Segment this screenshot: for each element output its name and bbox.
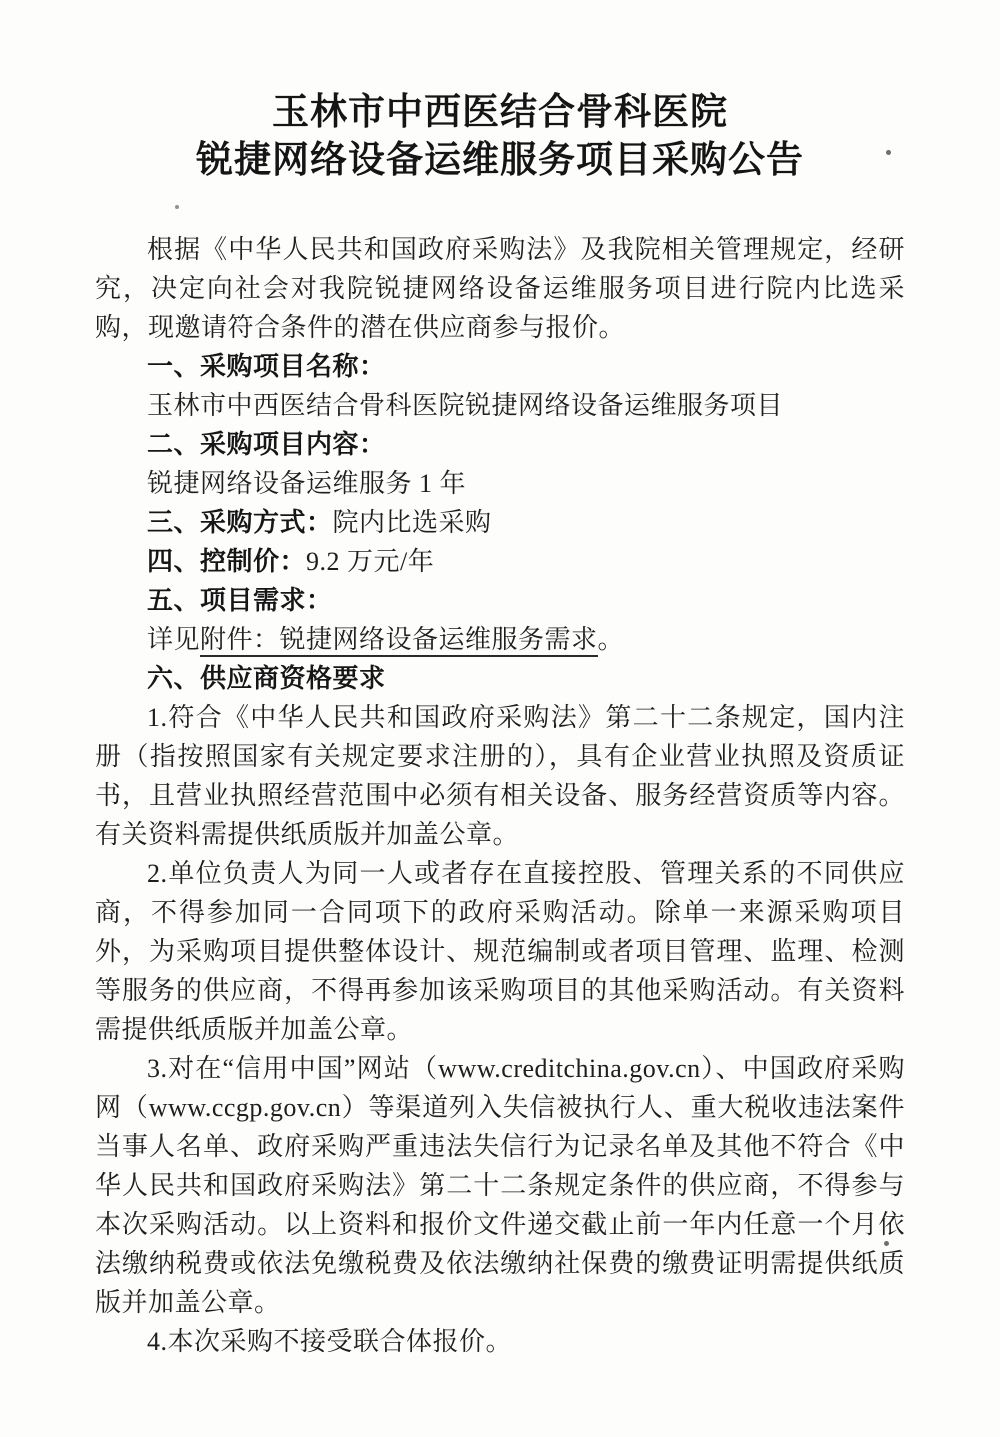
scan-artifact-dot	[886, 150, 891, 155]
attachment-reference: 附件：锐捷网络设备运维服务需求	[200, 625, 598, 657]
intro-paragraph: 根据《中华人民共和国政府采购法》及我院相关管理规定，经研究，决定向社会对我院锐捷…	[95, 230, 905, 347]
section-4-line: 四、控制价：9.2 万元/年	[95, 542, 905, 581]
requirement-paragraph-1: 1.符合《中华人民共和国政府采购法》第二十二条规定，国内注册（指按照国家有关规定…	[95, 698, 905, 854]
title-line-2: 锐捷网络设备运维服务项目采购公告	[95, 136, 905, 184]
section-4-heading: 四、控制价：	[147, 546, 306, 576]
section-3-line: 三、采购方式：院内比选采购	[95, 503, 905, 542]
attachment-note-prefix: 详见	[147, 625, 200, 654]
section-5-note: 详见附件：锐捷网络设备运维服务需求。	[95, 620, 905, 659]
requirement-paragraph-4: 4.本次采购不接受联合体报价。	[95, 1322, 905, 1361]
section-3-value: 院内比选采购	[333, 508, 492, 537]
attachment-note-suffix: 。	[598, 625, 625, 654]
requirement-paragraph-2: 2.单位负责人为同一人或者存在直接控股、管理关系的不同供应商，不得参加同一合同项…	[95, 854, 905, 1049]
section-5-heading: 五、项目需求：	[95, 581, 905, 620]
scan-artifact-dot	[884, 1241, 889, 1246]
section-4-value: 9.2 万元/年	[306, 547, 434, 576]
section-3-heading: 三、采购方式：	[147, 507, 333, 537]
section-6-heading: 六、供应商资格要求	[95, 659, 905, 698]
section-2-heading: 二、采购项目内容：	[95, 425, 905, 464]
page-title: 玉林市中西医结合骨科医院 锐捷网络设备运维服务项目采购公告	[95, 88, 905, 184]
scan-artifact-dot	[175, 205, 179, 209]
section-2-body: 锐捷网络设备运维服务 1 年	[95, 464, 905, 503]
requirement-paragraph-3: 3.对在“信用中国”网站（www.creditchina.gov.cn）、中国政…	[95, 1049, 905, 1322]
section-1-heading: 一、采购项目名称：	[95, 347, 905, 386]
document-page: 玉林市中西医结合骨科医院 锐捷网络设备运维服务项目采购公告 根据《中华人民共和国…	[0, 0, 1000, 1437]
document-content: 玉林市中西医结合骨科医院 锐捷网络设备运维服务项目采购公告 根据《中华人民共和国…	[0, 0, 1000, 1361]
title-line-1: 玉林市中西医结合骨科医院	[95, 88, 905, 136]
section-1-body: 玉林市中西医结合骨科医院锐捷网络设备运维服务项目	[95, 386, 905, 425]
